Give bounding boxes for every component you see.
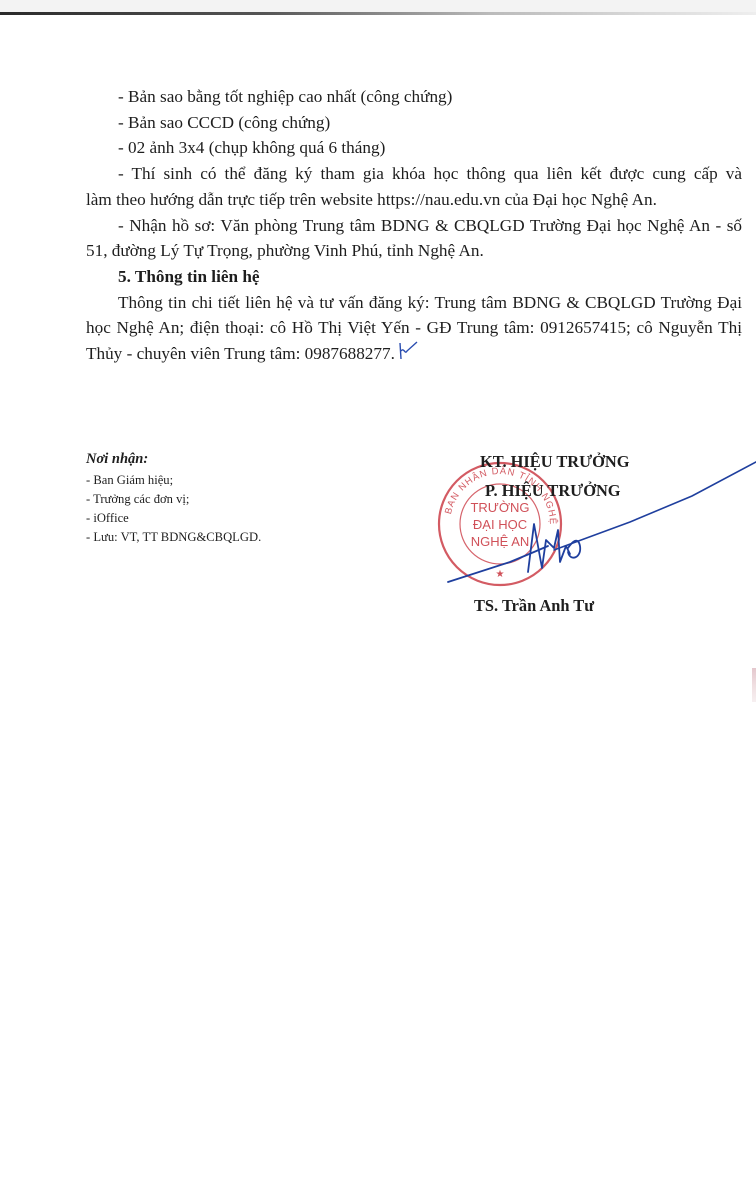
page-edge-stain <box>752 668 756 702</box>
recipient-item: - Trưởng các đơn vị; <box>86 490 386 509</box>
recipient-item: - Ban Giám hiệu; <box>86 471 386 490</box>
signer-name: TS. Trần Anh Tư <box>474 596 594 616</box>
requirement-diploma: - Bản sao bằng tốt nghiệp cao nhất (công… <box>86 84 742 110</box>
recipients-label: Nơi nhận: <box>86 450 386 469</box>
initials-check-icon <box>397 341 419 361</box>
section-5-body: Thông tin chi tiết liên hệ và tư vấn đăn… <box>86 290 742 367</box>
registration-line-1: - Thí sinh có thể đăng ký tham gia khóa … <box>86 161 742 187</box>
submission-info: - Nhận hồ sơ: Văn phòng Trung tâm BDNG &… <box>86 213 742 264</box>
requirement-id-card: - Bản sao CCCD (công chứng) <box>86 110 742 136</box>
signature-block: BAN NHÂN DÂN TỈNH NGHỆ TRƯỜNG ĐẠI HỌC NG… <box>430 450 756 640</box>
recipient-item: - iOffice <box>86 509 386 528</box>
requirement-photos: - 02 ảnh 3x4 (chụp không quá 6 tháng) <box>86 135 742 161</box>
section-5-heading: 5. Thông tin liên hệ <box>86 264 742 290</box>
page-top-rule <box>0 12 756 15</box>
handwritten-signature-icon <box>430 450 756 610</box>
recipient-item: - Lưu: VT, TT BDNG&CBQLGD. <box>86 528 386 547</box>
recipients-block: Nơi nhận: - Ban Giám hiệu; - Trưởng các … <box>86 450 386 547</box>
registration-line-2: làm theo hướng dẫn trực tiếp trên websit… <box>86 187 742 213</box>
document-body: - Bản sao bằng tốt nghiệp cao nhất (công… <box>86 84 742 367</box>
page-top-edge <box>0 0 756 12</box>
